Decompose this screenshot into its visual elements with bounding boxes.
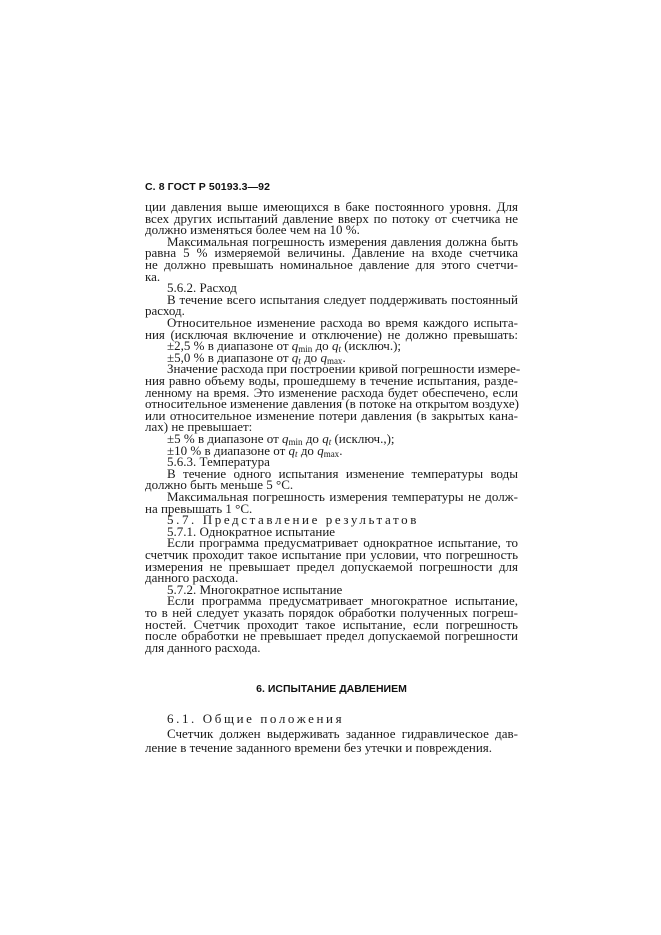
section-6-1-line: Счетчик должен выдерживать заданное гидр… [167,727,518,741]
text-line: для данного расхода. [145,641,518,655]
page-header: С. 8 ГОСТ Р 50193.3—92 [145,181,270,193]
section-6-1-heading: 6.1. Общие положения [167,712,518,726]
document-page: С. 8 ГОСТ Р 50193.3—92 ции давления выше… [0,0,661,935]
section-6-title: 6. ИСПЫТАНИЕ ДАВЛЕНИЕМ [145,683,518,695]
section-6-1-line: ление в течение заданного времени без ут… [145,741,518,755]
